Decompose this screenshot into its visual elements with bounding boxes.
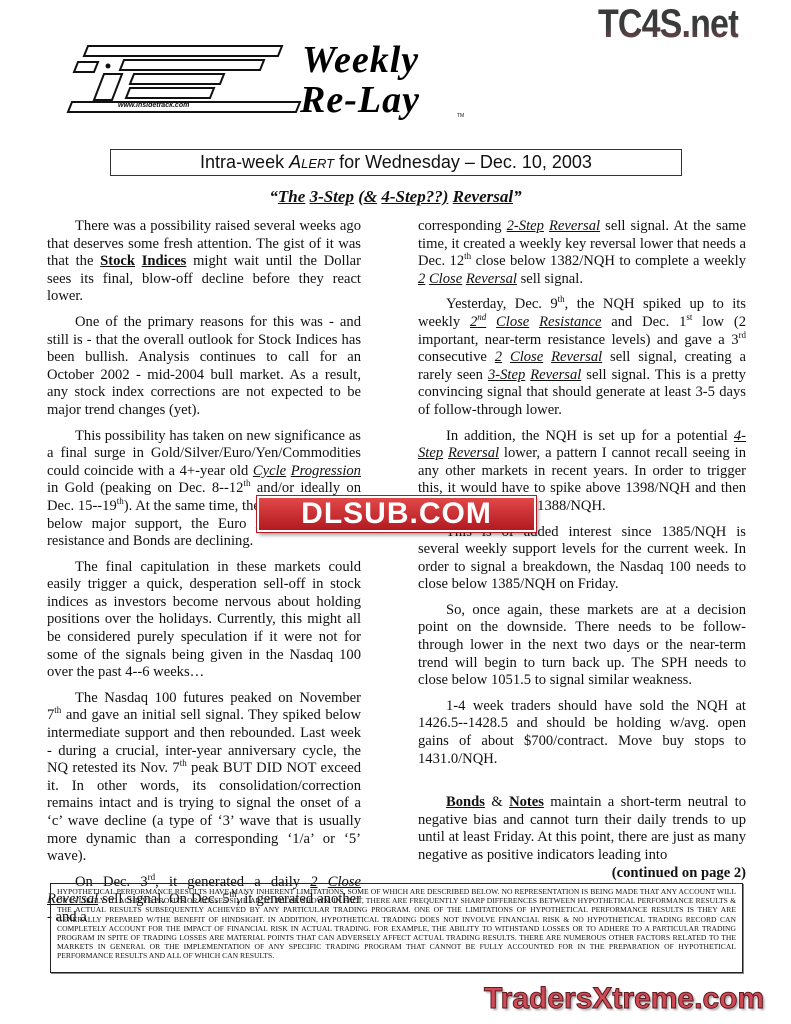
paragraph: The final capitulation in these markets …	[47, 559, 361, 682]
headline-word: (&	[358, 187, 377, 206]
tc4s-watermark: TC4S.net	[598, 2, 739, 47]
paragraph: This is of added interest since 1385/NQH…	[418, 524, 746, 594]
alert-word-rest: LERT	[301, 156, 334, 171]
paragraph: Bonds & Notes maintain a short-term neut…	[418, 794, 746, 864]
paragraph: This possibility has taken on new signif…	[47, 428, 361, 551]
paragraph: One of the primary reasons for this was …	[47, 314, 361, 420]
headline-close-quote: ”	[513, 187, 522, 206]
paragraph: corresponding 2-Step Reversal sell signa…	[418, 218, 746, 288]
headline-word: Reversal	[453, 187, 513, 206]
paragraph: There was a possibility raised several w…	[47, 218, 361, 306]
dlsub-watermark: DLSUB.COM	[257, 496, 536, 532]
alert-word-initial: A	[289, 152, 301, 172]
indices-term: Indices	[142, 253, 187, 269]
headline-word: 3-Step	[310, 187, 354, 206]
alert-prefix: Intra-week	[200, 152, 289, 172]
right-column: corresponding 2-Step Reversal sell signa…	[418, 218, 746, 882]
paragraph: The Nasdaq 100 futures peaked on Novembe…	[47, 690, 361, 866]
alert-suffix: for Wednesday – Dec. 10, 2003	[334, 152, 592, 172]
alert-word: ALERT	[289, 152, 334, 172]
bonds-term: Bonds	[446, 794, 485, 810]
stock-term: Stock	[100, 253, 135, 269]
title-relay: Re-Lay	[300, 78, 420, 122]
left-column: There was a possibility raised several w…	[47, 218, 361, 935]
paragraph: 1-4 week traders should have sold the NQ…	[418, 698, 746, 768]
headline-word: The	[278, 187, 305, 206]
tradersxtreme-watermark: TradersXtreme.com	[484, 982, 764, 1016]
headline-open-quote: “	[269, 187, 278, 206]
paragraph: So, once again, these markets are at a d…	[418, 602, 746, 690]
article-headline: “The 3-Step (& 4-Step??) Reversal”	[0, 187, 791, 207]
trademark-mark: TM	[457, 113, 464, 119]
disclaimer-box: Hypothetical performance results have ma…	[50, 883, 743, 973]
notes-term: Notes	[509, 794, 544, 810]
paragraph: Yesterday, Dec. 9th, the NQH spiked up t…	[418, 296, 746, 419]
continued-link: (continued on page 2)	[418, 865, 746, 883]
logo-url: www.insidetrack.com	[118, 102, 189, 109]
headline-word: 4-Step??)	[381, 187, 448, 206]
alert-banner: Intra-week ALERT for Wednesday – Dec. 10…	[110, 149, 682, 176]
title-weekly: Weekly	[302, 38, 419, 82]
insidetrack-logo-icon	[64, 44, 324, 116]
